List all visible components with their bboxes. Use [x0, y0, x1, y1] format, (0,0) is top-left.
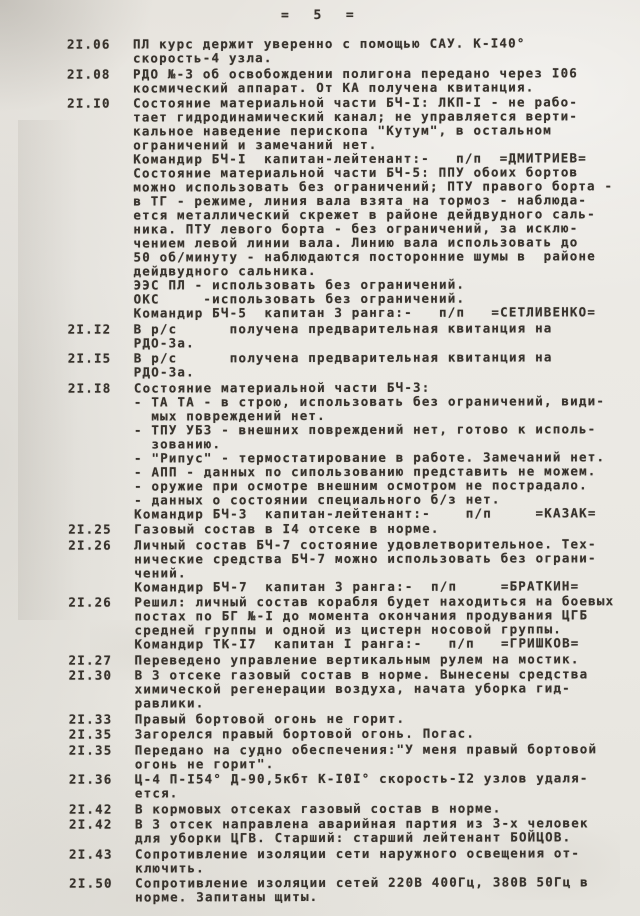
entry-text: Сопротивление изоляции сети наружного ос…: [135, 846, 617, 875]
entry-time: 2I.26: [68, 595, 134, 609]
entry-time: 2I.06: [67, 37, 133, 51]
entry-time: 2I.50: [69, 876, 135, 890]
entry-text: В 3 отсек направлена аварийная партия из…: [135, 816, 617, 845]
entry-text: Состояние материальной части БЧ-3: - ТА …: [134, 380, 616, 521]
log-entry: 2I.I5В р/с получена предварительная квит…: [68, 350, 640, 379]
entry-time: 2I.35: [69, 743, 135, 757]
log-entry: 2I.25Газовый состав в I4 отсеке в норме.: [68, 521, 640, 536]
log-entry: 2I.30В 3 отсеке газовый состав в норме. …: [69, 667, 640, 710]
entry-time: 2I.42: [69, 817, 135, 831]
entry-time: 2I.08: [67, 67, 133, 81]
log-entry: 2I.35Передано на судно обеспечения:"У ме…: [69, 742, 640, 771]
entry-text: Переведено управление вертикальным рулем…: [135, 652, 617, 667]
entry-time: 2I.33: [69, 712, 135, 726]
scanned-document-page: = 5 = 2I.06ПЛ курс держит уверенно с пом…: [0, 0, 640, 916]
entry-text: Загорелся правый бортовой огонь. Погас.: [135, 726, 617, 741]
entry-text: Сопротивление изоляции сетей 220В 400Гц,…: [135, 875, 617, 904]
entry-time: 2I.36: [69, 772, 135, 786]
entry-text: Газовый состав в I4 отсеке в норме.: [134, 521, 616, 536]
entry-text: Личный состав БЧ-7 состояние удовлетвори…: [134, 537, 616, 594]
entry-time: 2I.25: [68, 522, 134, 536]
log-entry: 2I.26Решил: личный состав корабля будет …: [68, 594, 640, 651]
log-entry: 2I.50Сопротивление изоляции сетей 220В 4…: [69, 875, 640, 904]
entry-time: 2I.30: [69, 668, 135, 682]
entry-text: РДО №-3 об освобождении полигона передан…: [133, 66, 615, 95]
entry-time: 2I.35: [69, 727, 135, 741]
entry-time: 2I.I0: [67, 96, 133, 110]
entry-text: В р/с получена предварительная квитанция…: [134, 350, 616, 379]
entry-text: В 3 отсеке газовый состав в норме. Вынес…: [135, 667, 617, 710]
page-content: = 5 = 2I.06ПЛ курс держит уверенно с пом…: [0, 0, 640, 906]
log-entries: 2I.06ПЛ курс держит уверенно с помощью С…: [0, 36, 640, 905]
entry-time: 2I.I2: [68, 322, 134, 336]
entry-time: 2I.27: [69, 653, 135, 667]
log-entry: 2I.I0Состояние материальной части БЧ-I: …: [67, 95, 640, 320]
entry-time: 2I.I5: [68, 351, 134, 365]
log-entry: 2I.43Сопротивление изоляции сети наружно…: [69, 846, 640, 875]
log-entry: 2I.42В 3 отсек направлена аварийная парт…: [69, 816, 640, 845]
log-entry: 2I.26Личный состав БЧ-7 состояние удовле…: [68, 537, 640, 594]
entry-text: В кормовых отсеках газовый состав в норм…: [135, 801, 617, 816]
entry-text: Передано на судно обеспечения:"У меня пр…: [135, 742, 617, 771]
entry-time: 2I.I8: [68, 381, 134, 395]
entry-time: 2I.43: [69, 847, 135, 861]
log-entry: 2I.08РДО №-3 об освобождении полигона пе…: [67, 66, 639, 95]
log-entry: 2I.36Ц-4 П-I54° Д-90,5кбт К-I0I° скорост…: [69, 771, 640, 800]
entry-time: 2I.26: [68, 538, 134, 552]
entry-time: 2I.42: [69, 802, 135, 816]
entry-text: Решил: личный состав корабля будет наход…: [134, 594, 616, 651]
log-entry: 2I.27Переведено управление вертикальным …: [69, 652, 640, 667]
entry-text: Ц-4 П-I54° Д-90,5кбт К-I0I° скорость-I2 …: [135, 771, 617, 800]
log-entry: 2I.I2В р/с получена предварительная квит…: [68, 321, 640, 350]
log-entry: 2I.I8Состояние материальной части БЧ-3: …: [68, 380, 640, 521]
log-entry: 2I.35Загорелся правый бортовой огонь. По…: [69, 726, 640, 741]
log-entry: 2I.33Правый бортовой огонь не горит.: [69, 711, 640, 726]
entry-text: Состояние материальной части БЧ-I: ЛКП-I…: [133, 95, 616, 320]
entry-text: ПЛ курс держит уверенно с помощью САУ. К…: [133, 36, 615, 65]
log-entry: 2I.06ПЛ курс держит уверенно с помощью С…: [67, 36, 639, 65]
log-entry: 2I.42В кормовых отсеках газовый состав в…: [69, 801, 640, 816]
entry-text: В р/с получена предварительная квитанция…: [134, 321, 616, 350]
entry-text: Правый бортовой огонь не горит.: [135, 711, 617, 726]
page-number: = 5 =: [0, 7, 639, 24]
